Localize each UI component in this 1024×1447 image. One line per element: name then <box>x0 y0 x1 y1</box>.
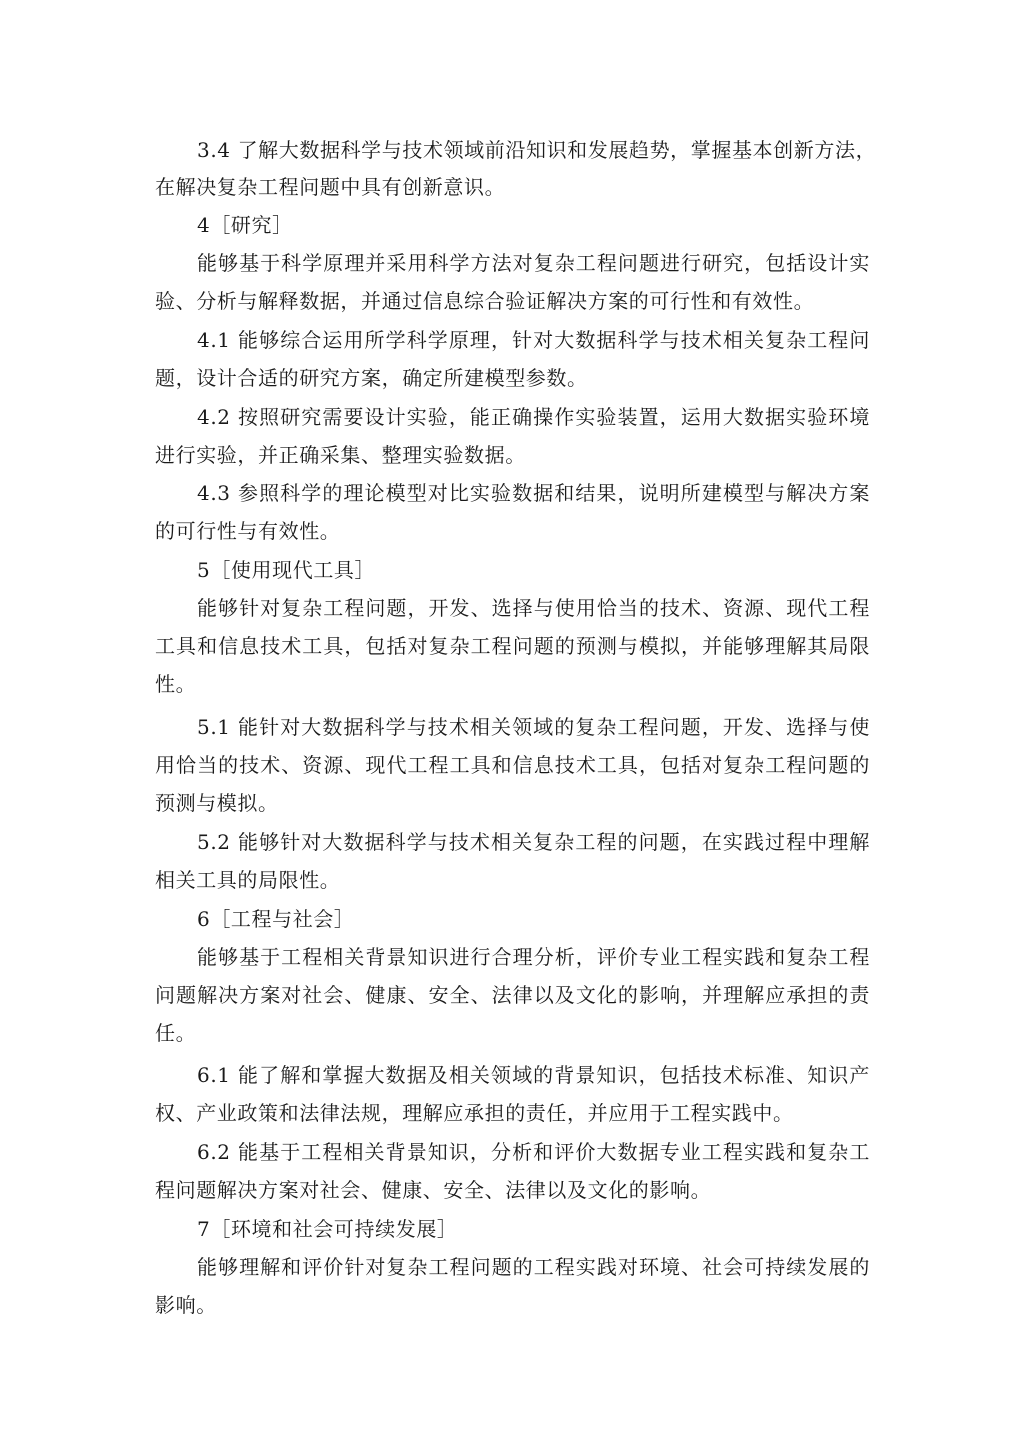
paragraph-5-1-line-1: 5.1 能针对大数据科学与技术相关领域的复杂工程问题，开发、选择与使 <box>197 715 870 739</box>
paragraph-6-line-3: 任。 <box>155 1021 870 1045</box>
paragraph-7-line-1: 能够理解和评价针对复杂工程问题的工程实践对环境、社会可持续发展的 <box>197 1255 870 1279</box>
paragraph-4-1-line-2: 题，设计合适的研究方案，确定所建模型参数。 <box>155 366 870 390</box>
section-heading-6: 6［工程与社会］ <box>197 907 870 931</box>
paragraph-4-line-1: 能够基于科学原理并采用科学方法对复杂工程问题进行研究，包括设计实 <box>197 251 870 275</box>
paragraph-5-line-3: 性。 <box>155 672 870 696</box>
document-page: 3.4 了解大数据科学与技术领域前沿知识和发展趋势，掌握基本创新方法， 在解决复… <box>0 0 1024 1447</box>
paragraph-3-4-line-1: 3.4 了解大数据科学与技术领域前沿知识和发展趋势，掌握基本创新方法， <box>197 138 870 162</box>
section-heading-5: 5［使用现代工具］ <box>197 558 870 582</box>
paragraph-6-1-line-2: 权、产业政策和法律法规，理解应承担的责任，并应用于工程实践中。 <box>155 1101 870 1125</box>
paragraph-6-2-line-1: 6.2 能基于工程相关背景知识，分析和评价大数据专业工程实践和复杂工 <box>197 1140 870 1164</box>
paragraph-5-1-line-2: 用恰当的技术、资源、现代工程工具和信息技术工具，包括对复杂工程问题的 <box>155 753 870 777</box>
paragraph-5-2-line-1: 5.2 能够针对大数据科学与技术相关复杂工程的问题，在实践过程中理解 <box>197 830 870 854</box>
paragraph-7-line-2: 影响。 <box>155 1293 870 1317</box>
section-heading-7: 7［环境和社会可持续发展］ <box>197 1217 870 1241</box>
paragraph-4-3-line-1: 4.3 参照科学的理论模型对比实验数据和结果，说明所建模型与解决方案 <box>197 481 870 505</box>
paragraph-6-line-2: 问题解决方案对社会、健康、安全、法律以及文化的影响，并理解应承担的责 <box>155 983 870 1007</box>
paragraph-6-1-line-1: 6.1 能了解和掌握大数据及相关领域的背景知识，包括技术标准、知识产 <box>197 1063 870 1087</box>
paragraph-5-2-line-2: 相关工具的局限性。 <box>155 868 870 892</box>
paragraph-4-2-line-1: 4.2 按照研究需要设计实验，能正确操作实验装置，运用大数据实验环境 <box>197 405 870 429</box>
paragraph-4-2-line-2: 进行实验，并正确采集、整理实验数据。 <box>155 443 870 467</box>
paragraph-6-line-1: 能够基于工程相关背景知识进行合理分析，评价专业工程实践和复杂工程 <box>197 945 870 969</box>
paragraph-4-line-2: 验、分析与解释数据，并通过信息综合验证解决方案的可行性和有效性。 <box>155 289 870 313</box>
paragraph-5-1-line-3: 预测与模拟。 <box>155 791 870 815</box>
paragraph-5-line-2: 工具和信息技术工具，包括对复杂工程问题的预测与模拟，并能够理解其局限 <box>155 634 870 658</box>
paragraph-4-1-line-1: 4.1 能够综合运用所学科学原理，针对大数据科学与技术相关复杂工程问 <box>197 328 870 352</box>
paragraph-6-2-line-2: 程问题解决方案对社会、健康、安全、法律以及文化的影响。 <box>155 1178 870 1202</box>
paragraph-3-4-line-2: 在解决复杂工程问题中具有创新意识。 <box>155 175 870 199</box>
paragraph-5-line-1: 能够针对复杂工程问题，开发、选择与使用恰当的技术、资源、现代工程 <box>197 596 870 620</box>
paragraph-4-3-line-2: 的可行性与有效性。 <box>155 519 870 543</box>
section-heading-4: 4［研究］ <box>197 213 870 237</box>
